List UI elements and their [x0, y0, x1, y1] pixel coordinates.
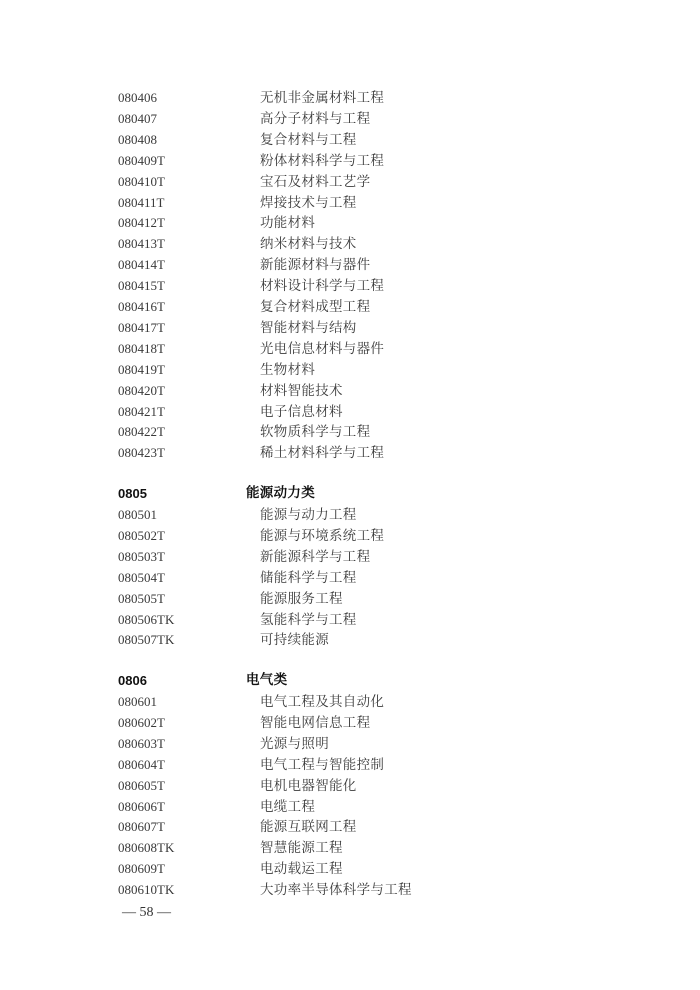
- major-code: 080407: [118, 108, 157, 129]
- major-code: 080417T: [118, 317, 165, 338]
- major-row: 080422T软物质科学与工程: [0, 421, 700, 442]
- major-code: 080608TK: [118, 837, 174, 858]
- major-code: 080605T: [118, 775, 165, 796]
- major-row: 080609T电动载运工程: [0, 858, 700, 879]
- major-code: 080415T: [118, 275, 165, 296]
- category-name: 电气类: [246, 670, 287, 691]
- major-row: 080413T纳米材料与技术: [0, 233, 700, 254]
- major-row: 080603T光源与照明: [0, 733, 700, 754]
- major-code: 080416T: [118, 296, 165, 317]
- major-name: 焊接技术与工程: [260, 192, 357, 213]
- major-name: 无机非金属材料工程: [260, 87, 384, 108]
- major-row: 080606T电缆工程: [0, 796, 700, 817]
- major-row: 080506TK氢能科学与工程: [0, 609, 700, 630]
- major-row: 080610TK大功率半导体科学与工程: [0, 879, 700, 900]
- major-row: 080502T能源与环境系统工程: [0, 525, 700, 546]
- major-row: 080418T光电信息材料与器件: [0, 338, 700, 359]
- major-code: 080501: [118, 504, 157, 525]
- major-row: 080409T粉体材料科学与工程: [0, 150, 700, 171]
- major-code: 080604T: [118, 754, 165, 775]
- major-code: 080609T: [118, 858, 165, 879]
- major-name: 材料智能技术: [260, 380, 343, 401]
- major-row: 080419T生物材料: [0, 359, 700, 380]
- major-code: 080410T: [118, 171, 165, 192]
- major-code: 080423T: [118, 442, 165, 463]
- major-name: 氢能科学与工程: [260, 609, 357, 630]
- major-code: 080412T: [118, 212, 165, 233]
- major-row: 080417T智能材料与结构: [0, 317, 700, 338]
- major-row: 080408复合材料与工程: [0, 129, 700, 150]
- major-name: 智能材料与结构: [260, 317, 357, 338]
- major-name: 电子信息材料: [260, 401, 343, 422]
- major-name: 稀土材料科学与工程: [260, 442, 384, 463]
- major-row: 080411T焊接技术与工程: [0, 192, 700, 213]
- major-row: 080412T功能材料: [0, 212, 700, 233]
- major-code: 080610TK: [118, 879, 174, 900]
- major-name: 复合材料与工程: [260, 129, 357, 150]
- major-name: 软物质科学与工程: [260, 421, 370, 442]
- major-code: 080420T: [118, 380, 165, 401]
- major-name: 新能源材料与器件: [260, 254, 370, 275]
- major-name: 可持续能源: [260, 629, 329, 650]
- major-row: 080406无机非金属材料工程: [0, 87, 700, 108]
- major-name: 智慧能源工程: [260, 837, 343, 858]
- major-code: 080406: [118, 87, 157, 108]
- major-name: 复合材料成型工程: [260, 296, 370, 317]
- major-row: 080503T新能源科学与工程: [0, 546, 700, 567]
- major-name: 新能源科学与工程: [260, 546, 370, 567]
- major-row: 080407高分子材料与工程: [0, 108, 700, 129]
- major-name: 电气工程与智能控制: [260, 754, 384, 775]
- category-name: 能源动力类: [246, 483, 315, 504]
- major-row: 080504T储能科学与工程: [0, 567, 700, 588]
- major-name: 智能电网信息工程: [260, 712, 370, 733]
- major-name: 能源与动力工程: [260, 504, 357, 525]
- major-name: 能源互联网工程: [260, 816, 357, 837]
- major-name: 粉体材料科学与工程: [260, 150, 384, 171]
- major-code: 080414T: [118, 254, 165, 275]
- major-row: 080420T材料智能技术: [0, 380, 700, 401]
- major-name: 功能材料: [260, 212, 315, 233]
- major-name: 电动载运工程: [260, 858, 343, 879]
- major-code: 080506TK: [118, 609, 174, 630]
- major-row: 080607T能源互联网工程: [0, 816, 700, 837]
- major-name: 光源与照明: [260, 733, 329, 754]
- category-code: 0806: [118, 670, 147, 691]
- major-name: 电缆工程: [260, 796, 315, 817]
- major-row: 080421T电子信息材料: [0, 401, 700, 422]
- major-name: 宝石及材料工艺学: [260, 171, 370, 192]
- major-row: 080602T智能电网信息工程: [0, 712, 700, 733]
- major-row: 080604T电气工程与智能控制: [0, 754, 700, 775]
- major-name: 光电信息材料与器件: [260, 338, 384, 359]
- category-header: 0805能源动力类: [0, 483, 700, 504]
- major-row: 080423T稀土材料科学与工程: [0, 442, 700, 463]
- major-row: 080414T新能源材料与器件: [0, 254, 700, 275]
- page-number: — 58 —: [122, 905, 171, 921]
- major-row: 080608TK智慧能源工程: [0, 837, 700, 858]
- major-name: 储能科学与工程: [260, 567, 357, 588]
- major-code: 080411T: [118, 192, 164, 213]
- major-code: 080505T: [118, 588, 165, 609]
- major-code: 080413T: [118, 233, 165, 254]
- major-code: 080422T: [118, 421, 165, 442]
- major-name: 纳米材料与技术: [260, 233, 357, 254]
- major-row: 080505T能源服务工程: [0, 588, 700, 609]
- major-row: 080601电气工程及其自动化: [0, 691, 700, 712]
- major-code: 080607T: [118, 816, 165, 837]
- major-code: 080504T: [118, 567, 165, 588]
- major-row: 080416T复合材料成型工程: [0, 296, 700, 317]
- major-name: 大功率半导体科学与工程: [260, 879, 412, 900]
- major-code: 080421T: [118, 401, 165, 422]
- major-code: 080409T: [118, 150, 165, 171]
- major-code: 080606T: [118, 796, 165, 817]
- major-code: 080507TK: [118, 629, 174, 650]
- major-name: 高分子材料与工程: [260, 108, 370, 129]
- major-code: 080602T: [118, 712, 165, 733]
- category-code: 0805: [118, 483, 147, 504]
- major-name: 材料设计科学与工程: [260, 275, 384, 296]
- major-row: 080605T电机电器智能化: [0, 775, 700, 796]
- major-code: 080408: [118, 129, 157, 150]
- major-row: 080501能源与动力工程: [0, 504, 700, 525]
- major-code: 080418T: [118, 338, 165, 359]
- major-row: 080507TK可持续能源: [0, 629, 700, 650]
- major-name: 能源服务工程: [260, 588, 343, 609]
- major-code: 080503T: [118, 546, 165, 567]
- major-code: 080502T: [118, 525, 165, 546]
- major-row: 080410T宝石及材料工艺学: [0, 171, 700, 192]
- major-code: 080419T: [118, 359, 165, 380]
- major-code: 080603T: [118, 733, 165, 754]
- major-code: 080601: [118, 691, 157, 712]
- major-name: 电气工程及其自动化: [260, 691, 384, 712]
- category-header: 0806电气类: [0, 670, 700, 691]
- major-name: 能源与环境系统工程: [260, 525, 384, 546]
- major-name: 电机电器智能化: [260, 775, 357, 796]
- major-name: 生物材料: [260, 359, 315, 380]
- major-row: 080415T材料设计科学与工程: [0, 275, 700, 296]
